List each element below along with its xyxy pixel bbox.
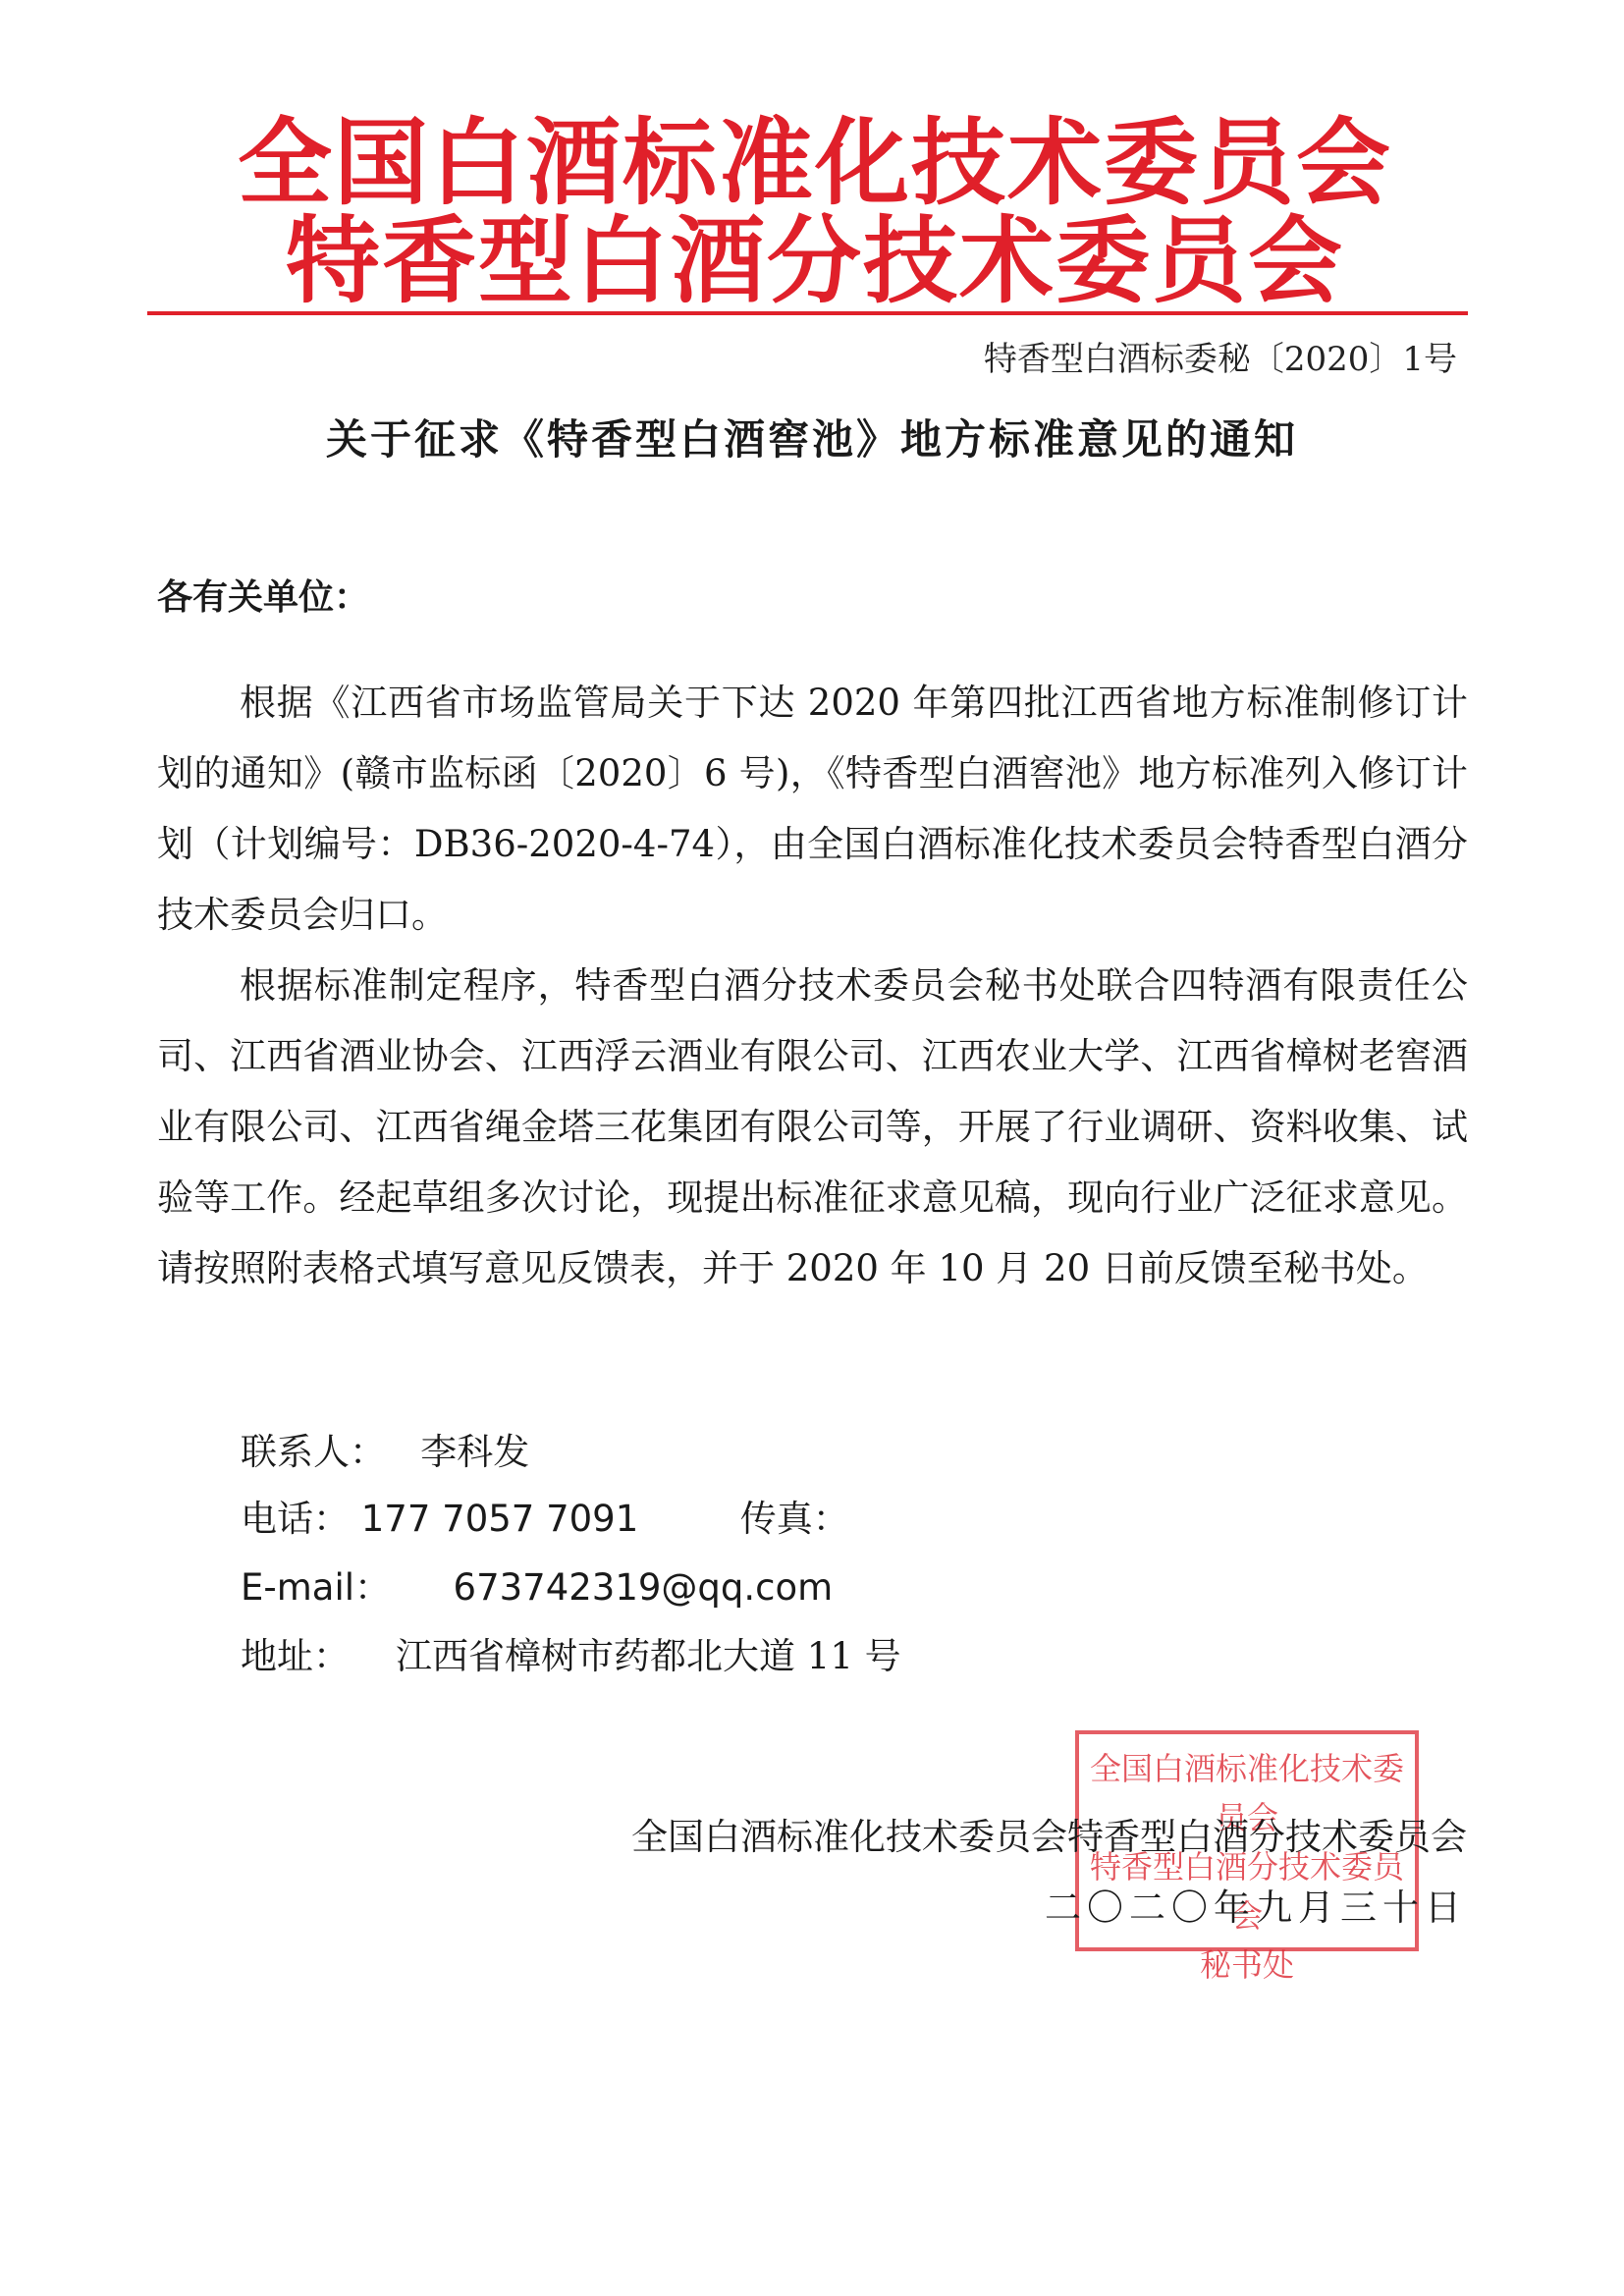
header-line-2: 特香型白酒分技术委员会 [162,214,1468,308]
signature-organization: 全国白酒标准化技术委员会特香型白酒分技术委员会 [631,1807,1467,1860]
fax-label: 传真： [740,1498,849,1540]
paragraph-1: 根据《江西省市场监管局关于下达 2020 年第四批江西省地方标准制修订计划的通知… [157,668,1468,951]
paragraph-2: 根据标准制定程序，特香型白酒分技术委员会秘书处联合四特酒有限责任公司、江西省酒业… [157,951,1468,1304]
address-value: 江西省樟树市药都北大道 11 号 [396,1635,901,1677]
contact-person-row: 联系人： 李科发 [241,1434,529,1470]
phone-label: 电话： [241,1498,350,1540]
signature-date: 二〇二〇年九月三十日 [1045,1878,1467,1931]
contact-address-row: 地址： 江西省樟树市药都北大道 11 号 [241,1638,901,1674]
phone-value: 177 7057 7091 [361,1498,638,1540]
email-value: 673742319@qq.com [454,1566,834,1609]
contact-phone-row: 电话： 177 7057 7091 传真： [241,1501,849,1537]
email-label: E-mail： [241,1566,391,1609]
header-line-1: 全国白酒标准化技术委员会 [162,116,1468,210]
contact-person: 李科发 [420,1431,529,1473]
document-number: 特香型白酒标委秘〔2020〕1号 [984,332,1457,380]
address-label: 地址： [241,1635,350,1677]
contact-person-label: 联系人： [241,1431,386,1473]
header-divider [147,311,1468,315]
salutation: 各有关单位： [157,570,369,620]
stamp-line-3: 秘书处 [1079,1941,1415,1990]
contact-email-row: E-mail： 673742319@qq.com [241,1569,833,1606]
document-title: 关于征求《特香型白酒窖池》地方标准意见的通知 [0,408,1624,466]
